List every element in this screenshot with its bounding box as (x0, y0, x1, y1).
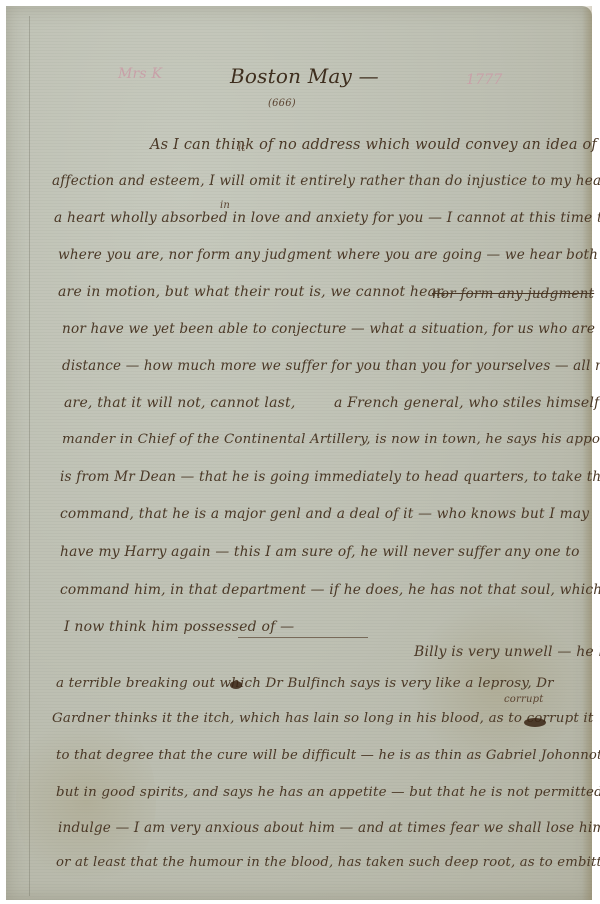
text-line: I now think him possessed of — (64, 619, 294, 635)
dash-rule (238, 637, 368, 638)
insertion: it (238, 143, 246, 154)
ink-blot (524, 718, 546, 727)
text-line: As I can think of no address which would… (150, 137, 600, 153)
letter-number: (666) (268, 98, 296, 109)
text-line: a terrible breaking out which Dr Bulfinc… (56, 676, 554, 691)
text-line: to that degree that the cure will be dif… (56, 748, 600, 763)
text-line: indulge — I am very anxious about him — … (58, 820, 600, 836)
text-line: command him, in that department — if he … (60, 582, 600, 598)
text-line: or at least that the humour in the blood… (56, 855, 600, 870)
text-line: but in good spirits, and says he has an … (56, 785, 600, 800)
struck-text: nor form any judgment (432, 286, 594, 302)
text-line: where you are, nor form any judgment whe… (58, 247, 600, 263)
text-line: are, that it will not, cannot last, (64, 395, 296, 411)
text-line: mander in Chief of the Continental Artil… (62, 432, 600, 447)
text-line: Gardner thinks it the itch, which has la… (52, 711, 593, 726)
text-line: are in motion, but what their rout is, w… (58, 284, 446, 300)
insertion: corrupt (504, 694, 543, 705)
text-line: affection and esteem, I will omit it ent… (52, 173, 600, 189)
text-line: have my Harry again — this I am sure of,… (60, 544, 580, 560)
manuscript-page: Mrs K 1777 Boston May — (666) As I can t… (6, 6, 592, 900)
text-line: a French general, who stiles himself Com (334, 395, 600, 411)
text-line: Billy is very unwell — he has (414, 644, 600, 660)
pencil-note-left: Mrs K (118, 66, 162, 82)
ink-blot (230, 681, 242, 689)
text-line: nor have we yet been able to conjecture … (62, 321, 600, 337)
text-line: distance — how much more we suffer for y… (62, 358, 600, 374)
text-line: is from Mr Dean — that he is going immed… (60, 469, 600, 485)
pencil-note-right: 1777 (466, 72, 502, 88)
text-line: a heart wholly absorbed in love and anxi… (54, 210, 600, 226)
letter-heading: Boston May — (230, 64, 379, 88)
text-line: command, that he is a major genl and a d… (60, 506, 589, 522)
